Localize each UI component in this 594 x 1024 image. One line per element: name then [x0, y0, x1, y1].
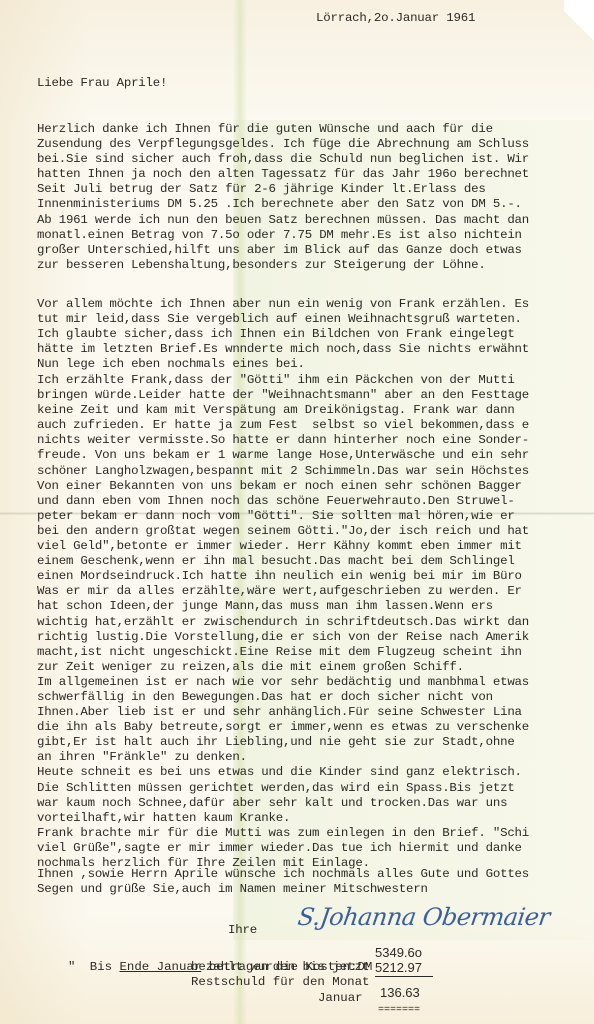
- paragraph-billing: Herzlich danke ich Ihnen für die guten W…: [37, 122, 529, 273]
- place-date: Lörrach,2o.Januar 1961: [316, 11, 475, 26]
- balance-month: Januar: [318, 991, 363, 1006]
- handwritten-signature: S.Johanna Obermaier: [296, 903, 551, 931]
- ditto-mark: ": [68, 960, 75, 975]
- signoff: Ihre: [228, 923, 257, 938]
- balance-label: Restschuld für den Monat: [191, 975, 369, 990]
- costs-prefix: Bis: [90, 960, 120, 974]
- paragraph-frank-news: Ich erzählte Frank,dass der "Götti" ihm …: [37, 373, 529, 871]
- subtotal-rule: [375, 976, 433, 977]
- folded-corner: [564, 0, 594, 60]
- balance-amount: 136.63: [380, 985, 420, 1000]
- paid-amount: 5212.97: [375, 960, 422, 975]
- paragraph-photo: Vor allem möchte ich Ihnen aber nun ein …: [37, 297, 529, 372]
- costs-period: Ende Januar: [120, 960, 202, 974]
- closing-blessing: Ihnen ,sowie Herrn Aprile wünsche ich no…: [37, 867, 529, 897]
- paid-label: bezahlt wurden bis jetzt: [191, 960, 369, 975]
- salutation: Liebe Frau Aprile!: [37, 76, 167, 91]
- double-underline: =======: [378, 1003, 420, 1018]
- costs-amount: 5349.6o: [375, 945, 422, 960]
